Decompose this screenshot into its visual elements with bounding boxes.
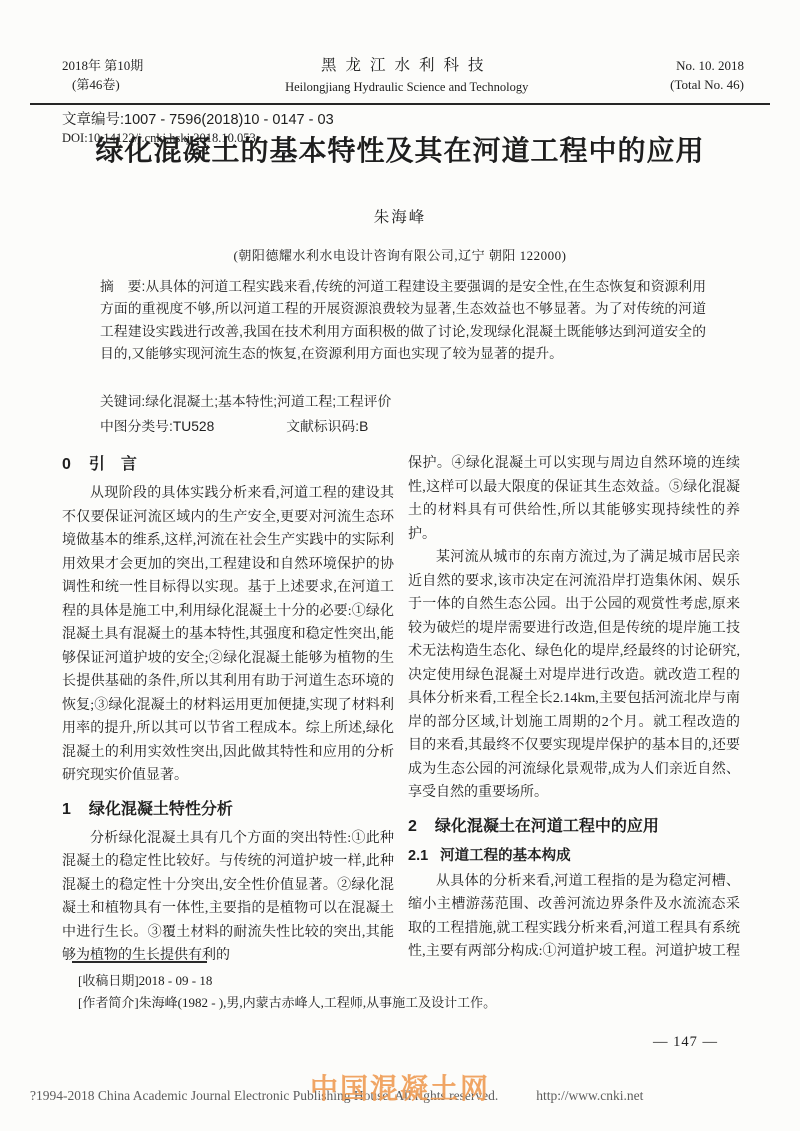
clc-code: TU528 <box>173 419 214 434</box>
section-number: 1 <box>62 801 71 818</box>
keywords-label: 关键词: <box>100 394 145 409</box>
section-heading-2: 2绿化混凝土在河道工程中的应用 <box>408 814 740 840</box>
author-affiliation: (朝阳德耀水利水电设计咨询有限公司,辽宁 朝阳 122000) <box>0 245 800 264</box>
page-number: — 147 — <box>653 1034 718 1051</box>
right-column: 保护。④绿化混凝土可以实现与周边自然环境的连续性,这样可以最大限度的保证其生态效… <box>408 452 740 960</box>
journal-title-block: 黑龙江水利科技 Heilongjiang Hydraulic Science a… <box>143 56 670 97</box>
section-title: 绿化混凝土特性分析 <box>89 801 233 818</box>
body-columns: 0引 言 从现阶段的具体实践分析来看,河道工程的建设其不仅要保证河流区域内的生产… <box>62 452 740 960</box>
abstract-label: 摘 要: <box>100 279 145 294</box>
article-title: 绿化混凝土的基本特性及其在河道工程中的应用 <box>0 129 800 169</box>
volume-number: (第46卷) <box>62 75 143 94</box>
issue-number-en: No. 10. 2018 <box>670 56 744 75</box>
issue-year-number: 2018年 第10期 <box>62 56 143 75</box>
subsection-heading-2-1: 2.1河道工程的基本构成 <box>408 844 740 868</box>
footnote-rule <box>72 961 207 963</box>
paragraph: 分析绿化混凝土具有几个方面的突出特性:①此种混凝土的稳定性比较好。与传统的河道护… <box>62 827 394 961</box>
keywords-text: 绿化混凝土;基本特性;河道工程;工程评价 <box>145 394 391 409</box>
journal-title-cn: 黑龙江水利科技 <box>143 56 670 75</box>
paragraph: 从现阶段的具体实践分析来看,河道工程的建设其不仅要保证河流区域内的生产安全,更要… <box>62 482 394 788</box>
section-title: 绿化混凝土在河道工程中的应用 <box>435 818 659 835</box>
footnote-block: [收稿日期]2018 - 09 - 18 [作者简介]朱海峰(1982 - ),… <box>72 961 692 1014</box>
left-column: 0引 言 从现阶段的具体实践分析来看,河道工程的建设其不仅要保证河流区域内的生产… <box>62 452 394 960</box>
section-heading-1: 1绿化混凝土特性分析 <box>62 797 394 823</box>
paragraph: 从具体的分析来看,河道工程指的是为稳定河槽、缩小主槽游荡范围、改善河流边界条件及… <box>408 870 740 961</box>
classification-line: 中图分类号:TU528文献标识码:B <box>100 415 706 435</box>
subsection-number: 2.1 <box>408 848 428 864</box>
paragraph: 某河流从城市的东南方流过,为了满足城市居民亲近自然的要求,该市决定在河流沿岸打造… <box>408 546 740 805</box>
doc-code-label: 文献标识码: <box>286 419 359 434</box>
clc-label: 中图分类号: <box>100 419 173 434</box>
issue-info-en: No. 10. 2018 (Total No. 46) <box>670 56 744 94</box>
journal-title-en: Heilongjiang Hydraulic Science and Techn… <box>143 78 670 97</box>
section-number: 0 <box>62 456 71 473</box>
abstract-block: 摘 要:从具体的河道工程实践来看,传统的河道工程建设主要强调的是安全性,在生态恢… <box>100 276 706 365</box>
author-bio-line: [作者简介]朱海峰(1982 - ),男,内蒙古赤峰人,工程师,从事施工及设计工… <box>72 992 692 1014</box>
section-number: 2 <box>408 818 417 835</box>
author-bio: 朱海峰(1982 - ),男,内蒙古赤峰人,工程师,从事施工及设计工作。 <box>139 995 497 1010</box>
doc-code: B <box>359 419 368 434</box>
subsection-title: 河道工程的基本构成 <box>440 848 571 864</box>
section-title: 引 言 <box>89 456 137 473</box>
watermark: 中国混凝土网 <box>0 1067 800 1107</box>
paragraph-continuation: 保护。④绿化混凝土可以实现与周边自然环境的连续性,这样可以最大限度的保证其生态效… <box>408 452 740 546</box>
received-date: 2018 - 09 - 18 <box>139 973 213 988</box>
header-rule <box>30 103 770 105</box>
received-date-label: [收稿日期] <box>78 973 139 988</box>
article-number: 文章编号:1007 - 7596(2018)10 - 0147 - 03 <box>62 108 334 129</box>
author-name: 朱海峰 <box>0 205 800 227</box>
abstract-text: 从具体的河道工程实践来看,传统的河道工程建设主要强调的是安全性,在生态恢复和资源… <box>100 279 706 361</box>
issue-info-cn: 2018年 第10期 (第46卷) <box>62 56 143 94</box>
total-number-en: (Total No. 46) <box>670 75 744 94</box>
journal-masthead: 2018年 第10期 (第46卷) 黑龙江水利科技 Heilongjiang H… <box>62 56 744 97</box>
keywords-line: 关键词:绿化混凝土;基本特性;河道工程;工程评价 <box>100 390 706 410</box>
received-date-line: [收稿日期]2018 - 09 - 18 <box>72 970 692 992</box>
section-heading-0: 0引 言 <box>62 452 394 478</box>
journal-page: 2018年 第10期 (第46卷) 黑龙江水利科技 Heilongjiang H… <box>0 0 800 1131</box>
author-bio-label: [作者简介] <box>78 995 139 1010</box>
